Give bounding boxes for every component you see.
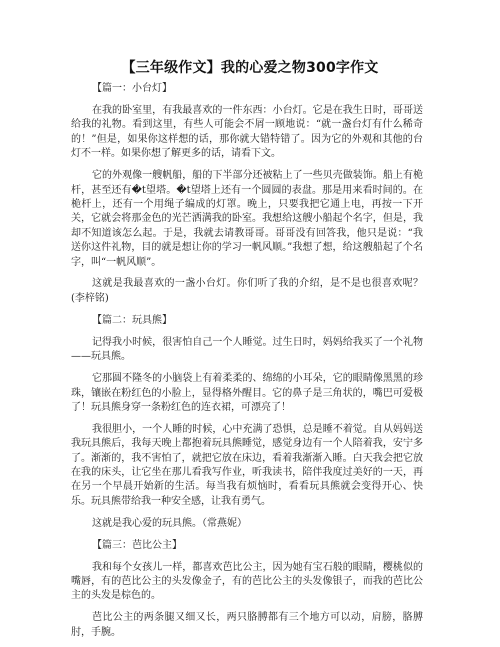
paragraph: 芭比公主的两条腿又细又长，两只胳膊都有三个地方可以动，肩膀，胳膊肘，手腕。 xyxy=(71,611,423,640)
document-title: 【三年级作文】我的心爱之物300字作文 xyxy=(0,60,500,77)
section-heading-3: 【篇三：芭比公主】 xyxy=(92,539,423,553)
paragraph: 我很胆小，一个人睡的时候，心中充满了恐惧，总是睡不着觉。自从妈妈送我玩具熊后，我… xyxy=(71,423,423,509)
paragraph: 它那圆不隆冬的小脑袋上有着柔柔的、绵绵的小耳朵，它的眼睛像黑黑的珍珠，镶嵌在粉红… xyxy=(71,372,423,415)
section-heading-1: 【篇一：小台灯】 xyxy=(92,82,423,96)
paragraph: 这就是我心爱的玩具熊。（常燕妮） xyxy=(71,517,423,531)
paragraph: 记得我小时候，很害怕自己一个人睡觉。过生日时，妈妈给我买了一个礼物——玩具熊。 xyxy=(71,336,423,365)
paragraph: 这就是我最喜欢的一盏小台灯。你们听了我的介绍，是不是也很喜欢呢？(李梓铭) xyxy=(71,277,423,306)
document-body: 【篇一：小台灯】 在我的卧室里，有我最喜欢的一件东西：小台灯。它是在我生日时，哥… xyxy=(71,82,423,647)
document-page: 【三年级作文】我的心爱之物300字作文 【篇一：小台灯】 在我的卧室里，有我最喜… xyxy=(0,0,500,647)
section-heading-2: 【篇二：玩具熊】 xyxy=(92,314,423,328)
paragraph: 它的外观像一艘帆船，船的下半部分还被粘上了一些贝壳做装饰。船上有桅杆，甚至还有�… xyxy=(71,169,423,270)
paragraph: 在我的卧室里，有我最喜欢的一件东西：小台灯。它是在我生日时，哥哥送给我的礼物。看… xyxy=(71,104,423,162)
paragraph: 我和每个女孩儿一样，都喜欢芭比公主，因为她有宝石般的眼睛，樱桃似的嘴唇，有的芭比… xyxy=(71,561,423,604)
